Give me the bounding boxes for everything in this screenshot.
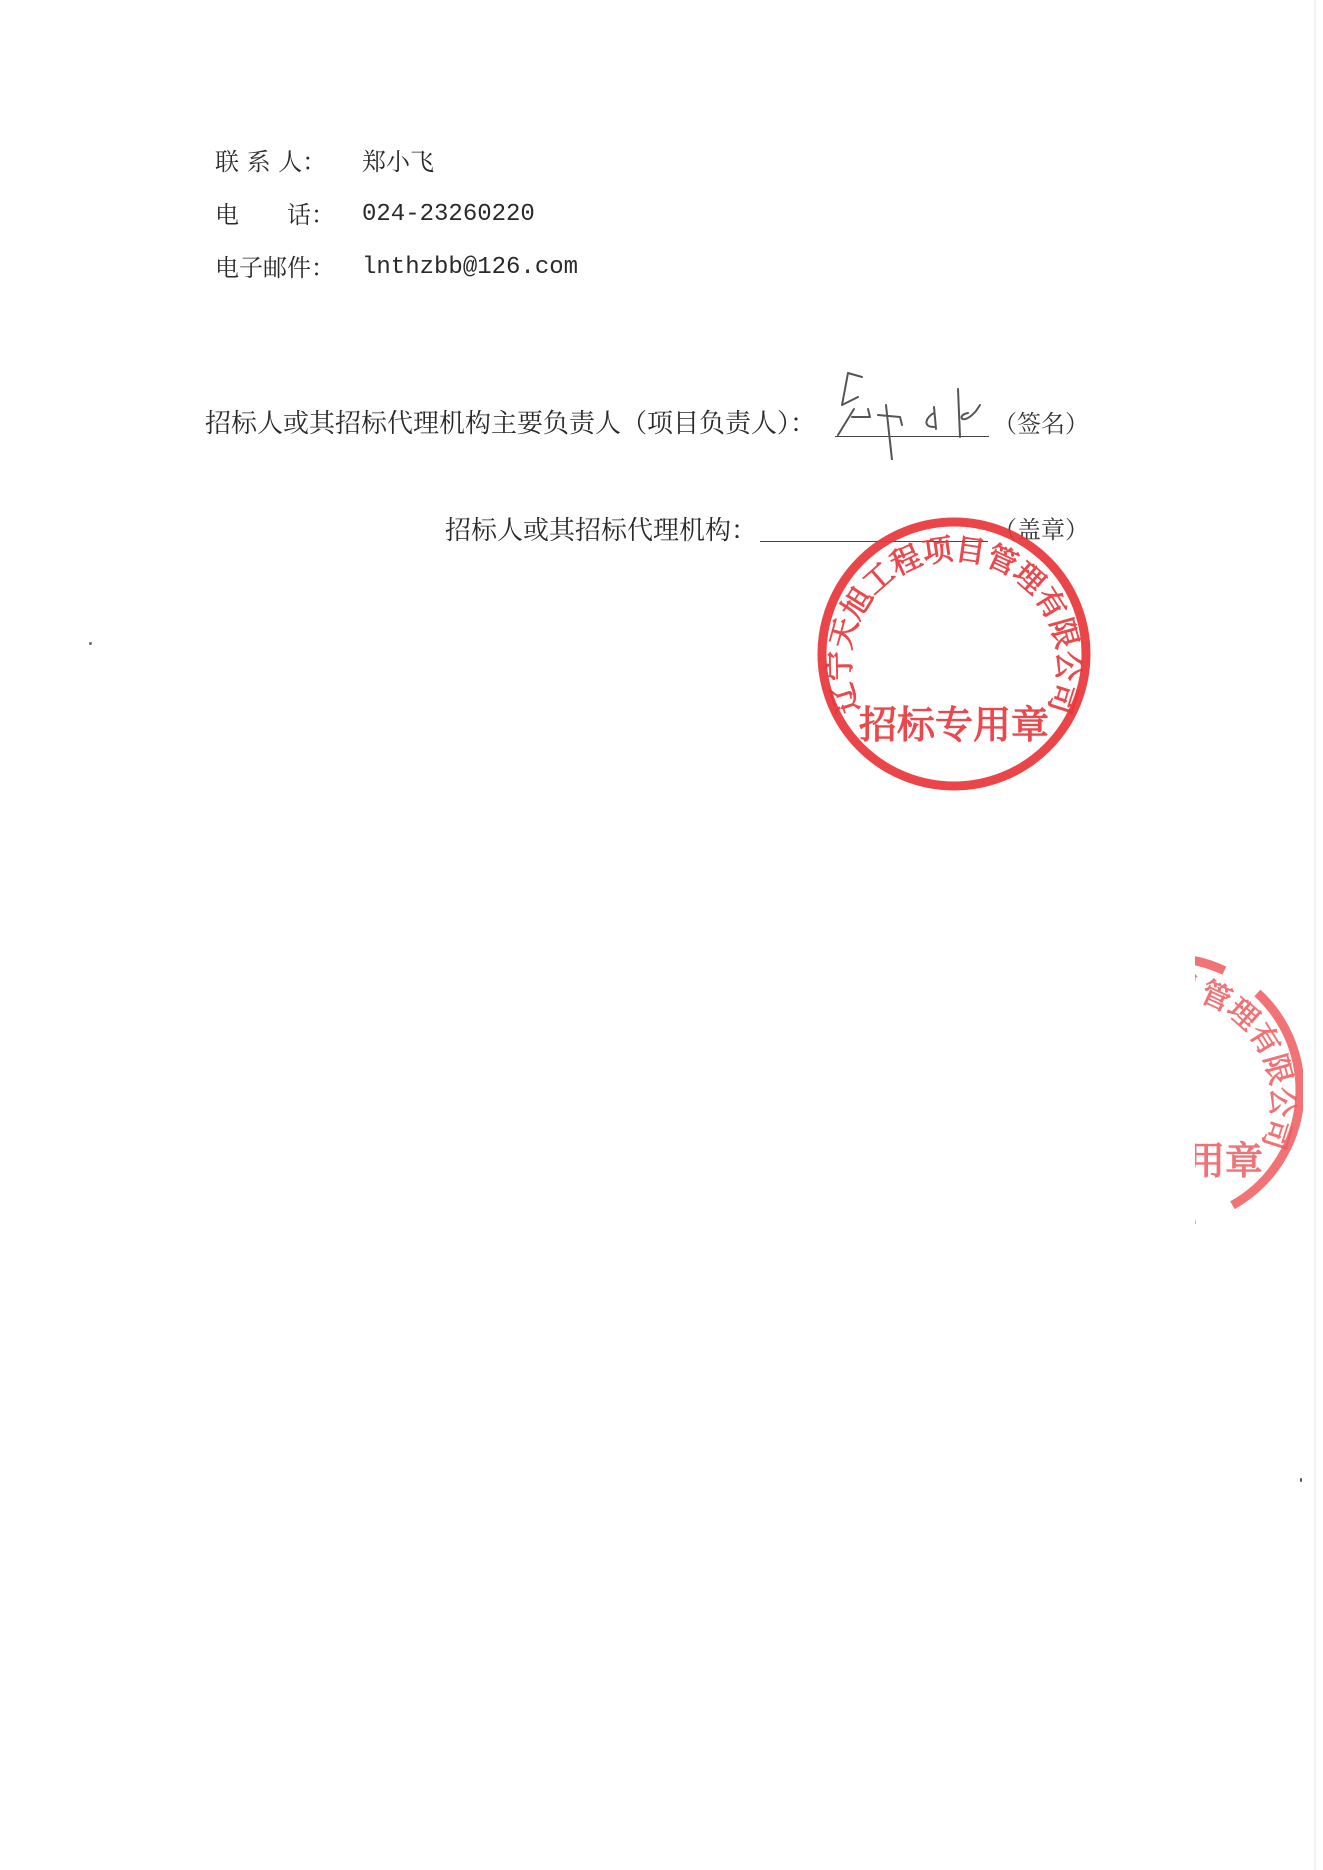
signature-suffix: （签名）: [993, 408, 1089, 440]
partial-seal-stamp: 辽宁天旭工程项目管理有限公司 招标专用章: [1195, 952, 1303, 1228]
phone-value: 024-23260220: [362, 199, 535, 231]
handwritten-signature: [830, 365, 990, 460]
contact-person-value: 郑小飞: [362, 146, 434, 178]
company-seal-stamp: 辽宁天旭工程项目管理有限公司 招标专用章: [816, 516, 1092, 792]
email-label: 电子邮件：: [215, 252, 335, 284]
svg-text:招标专用章: 招标专用章: [1195, 1139, 1263, 1183]
svg-text:辽宁天旭工程项目管理有限公司: 辽宁天旭工程项目管理有限公司: [1195, 968, 1299, 1154]
stamp-center-text: 招标专用章: [859, 703, 1049, 747]
signature-label: 招标人或其招标代理机构主要负责人（项目负责人）：: [205, 408, 816, 440]
scan-speck: [1300, 1478, 1302, 1482]
seal-label: 招标人或其招标代理机构：: [445, 515, 757, 547]
scan-edge: [1314, 0, 1316, 1870]
scan-speck: [89, 642, 92, 645]
phone-label: 电 话：: [215, 199, 335, 231]
email-value: lnthzbb@126.com: [362, 252, 578, 284]
contact-person-label: 联 系 人：: [215, 146, 326, 178]
document-page: 联 系 人： 郑小飞 电 话： 024-23260220 电子邮件： lnthz…: [0, 0, 1323, 1870]
